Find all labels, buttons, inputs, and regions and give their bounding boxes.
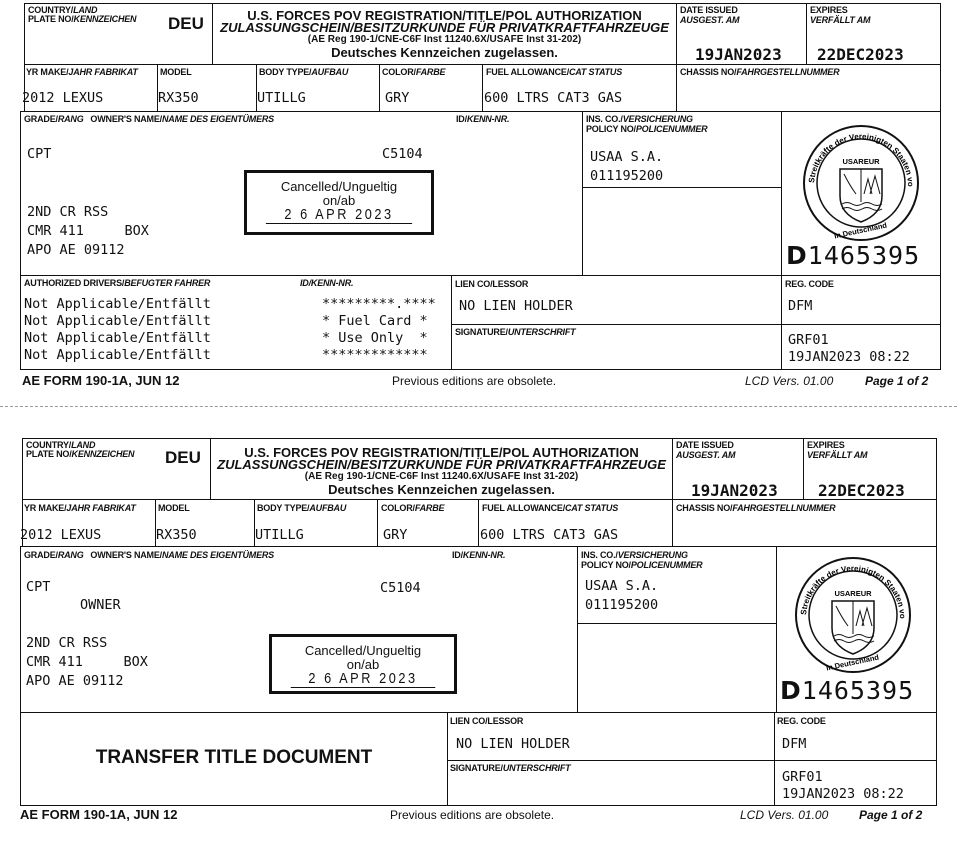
id-value: C5104 xyxy=(380,580,421,597)
owner-name-value: OWNER xyxy=(80,597,121,614)
insurance-co-value: USAA S.A. xyxy=(585,578,658,595)
timestamp-value: 19JAN2023 08:22 xyxy=(782,786,904,803)
form-regulation: (AE Reg 190-1/CNE-C6F Inst 11240.6X/USAF… xyxy=(210,471,673,482)
id-label: ID/KENN-NR. xyxy=(452,550,505,560)
address-line-2: CMR 411 BOX xyxy=(26,654,148,671)
fuel-value: 600 LTRS CAT3 GAS xyxy=(480,527,618,544)
obsolete-note: Previous editions are obsolete. xyxy=(390,808,554,822)
form-title-de: ZULASSUNGSCHEIN/BESITZURKUNDE FÜR PRIVAT… xyxy=(210,458,673,471)
fuel-label: FUEL ALLOWANCE/CAT STATUS xyxy=(482,503,618,513)
yr-make-label: YR MAKE/JAHR FABRIKAT xyxy=(24,503,136,513)
body-type-value: UTILLG xyxy=(255,527,304,544)
blank-cell xyxy=(577,623,777,713)
color-value: GRY xyxy=(383,527,407,544)
stamp-date: 2 6 APR 2023 xyxy=(291,671,436,688)
chassis-label: CHASSIS NO/FAHRGESTELLNUMMER xyxy=(676,503,835,513)
station-value: GRF01 xyxy=(782,769,823,786)
svg-text:USAREUR: USAREUR xyxy=(834,589,872,598)
expires-label: EXPIRESVERFÄLLT AM xyxy=(807,440,867,460)
owner-label: GRADE/RANG OWNER'S NAME/NAME DES EIGENTÜ… xyxy=(24,550,274,560)
yr-make-value: 2012 LEXUS xyxy=(20,527,101,544)
color-label: COLOR/FARBE xyxy=(381,503,444,513)
model-label: MODEL xyxy=(158,503,190,513)
plate-label: PLATE NO/KENNZEICHEN xyxy=(26,449,134,459)
policy-no-value: 011195200 xyxy=(585,597,658,614)
date-issued-value: 19JAN2023 xyxy=(691,481,778,500)
page-indicator: Page 1 of 2 xyxy=(859,808,922,822)
registration-copy-2: COUNTRY/LAND PLATE NO/KENNZEICHEN DEU U.… xyxy=(0,0,957,858)
document-number: D1465395 xyxy=(780,676,914,705)
address-line-1: 2ND CR RSS xyxy=(26,635,107,652)
version: LCD Vers. 01.00 xyxy=(740,808,828,822)
reg-code-label: REG. CODE xyxy=(777,716,826,726)
form-id: AE FORM 190-1A, JUN 12 xyxy=(20,807,178,822)
grade-value: CPT xyxy=(26,579,50,596)
reg-code-value: DFM xyxy=(782,736,806,753)
cancelled-stamp: Cancelled/Ungueltig on/ab 2 6 APR 2023 xyxy=(269,634,457,694)
plate-country: DEU xyxy=(165,448,201,468)
usareur-seal-icon: Streitkräfte der Vereinigten Staaten von… xyxy=(792,556,914,674)
lien-value: NO LIEN HOLDER xyxy=(456,736,570,753)
model-value: RX350 xyxy=(156,527,197,544)
date-issued-label: DATE ISSUEDAUSGEST. AM xyxy=(676,440,735,460)
address-line-3: APO AE 09112 xyxy=(26,673,124,690)
expires-value: 22DEC2023 xyxy=(818,481,905,500)
insurance-label: INS. CO./VERSICHERUNGPOLICY NO/POLICENUM… xyxy=(581,550,702,570)
form-note: Deutsches Kennzeichen zugelassen. xyxy=(210,482,673,497)
lien-label: LIEN CO/LESSOR xyxy=(450,716,523,726)
transfer-title-label: TRANSFER TITLE DOCUMENT xyxy=(20,747,448,769)
signature-label: SIGNATURE/UNTERSCHRIFT xyxy=(450,763,570,773)
body-type-label: BODY TYPE/AUFBAU xyxy=(257,503,346,513)
stamp-line-1: Cancelled/Ungueltig xyxy=(272,643,454,658)
